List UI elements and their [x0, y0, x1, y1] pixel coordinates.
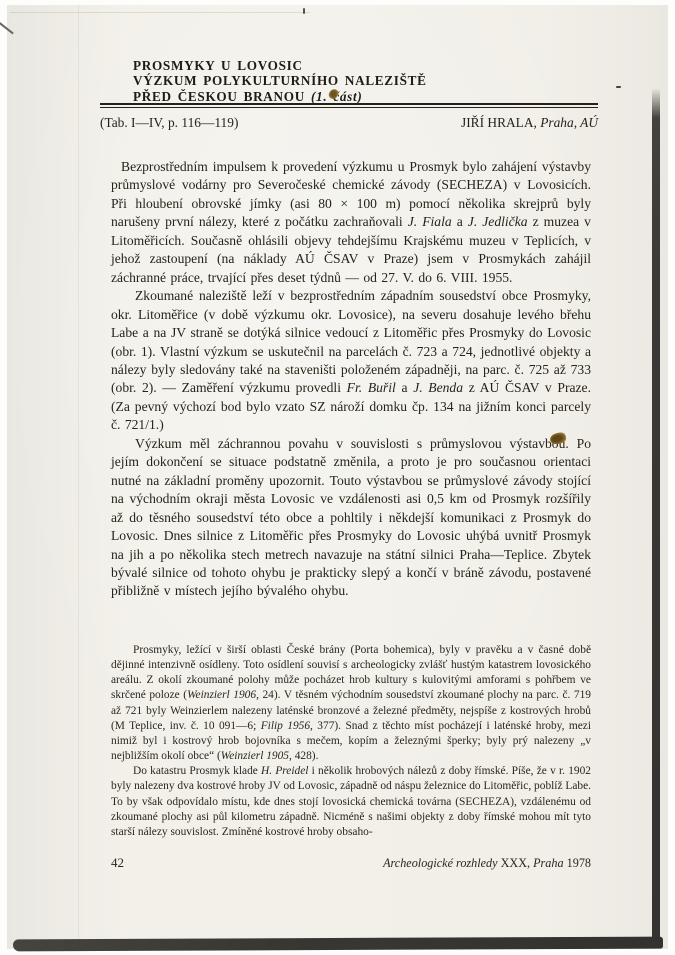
title-line-1: PROSMYKY U LOVOSIC [133, 58, 603, 73]
subheader-row: (Tab. I—IV, p. 116—119) JIŘÍ HRALA, Prah… [100, 115, 598, 131]
scan-right-edge [652, 88, 660, 940]
body-text-column: Bezprostředním impulsem k provedení výzk… [111, 158, 591, 601]
tab-reference: (Tab. I—IV, p. 116—119) [100, 115, 238, 131]
author-name: JIŘÍ HRALA, Praha, AÚ [461, 115, 598, 131]
small-text-column: Prosmyky, ležící v širší oblasti České b… [111, 643, 591, 840]
body-paragraph: Výzkum měl záchrannou povahu v souvislos… [111, 435, 591, 601]
journal-citation: Archeologické rozhledy XXX, Praha 1978 [383, 856, 591, 871]
small-paragraph: Prosmyky, ležící v širší oblasti České b… [111, 643, 591, 764]
body-paragraph: Zkoumané naleziště leží v bezprostředním… [111, 287, 591, 435]
small-paragraph: Do katastru Prosmyk klade H. Preidel i n… [111, 764, 591, 840]
scan-page-fold-line [78, 5, 79, 945]
scan-bottom-edge [13, 937, 663, 952]
scan-streak [10, 12, 310, 13]
title-line-2: VÝZKUM POLYKULTURNÍHO NALEZIŠTĚ [133, 73, 603, 88]
article-title: PROSMYKY U LOVOSIC VÝZKUM POLYKULTURNÍHO… [133, 58, 603, 104]
title-line-3: PŘED ČESKOU BRANOU (1. část) [133, 89, 603, 104]
page-number: 42 [111, 855, 124, 871]
scan-speck [616, 86, 621, 88]
heading-rule [100, 103, 598, 108]
scanned-page: { "colors": { "paper": "#f0eee7", "ink":… [0, 0, 675, 955]
scan-speck [303, 8, 305, 14]
footer-row: 42 Archeologické rozhledy XXX, Praha 197… [111, 855, 591, 871]
body-paragraph: Bezprostředním impulsem k provedení výzk… [111, 158, 591, 287]
